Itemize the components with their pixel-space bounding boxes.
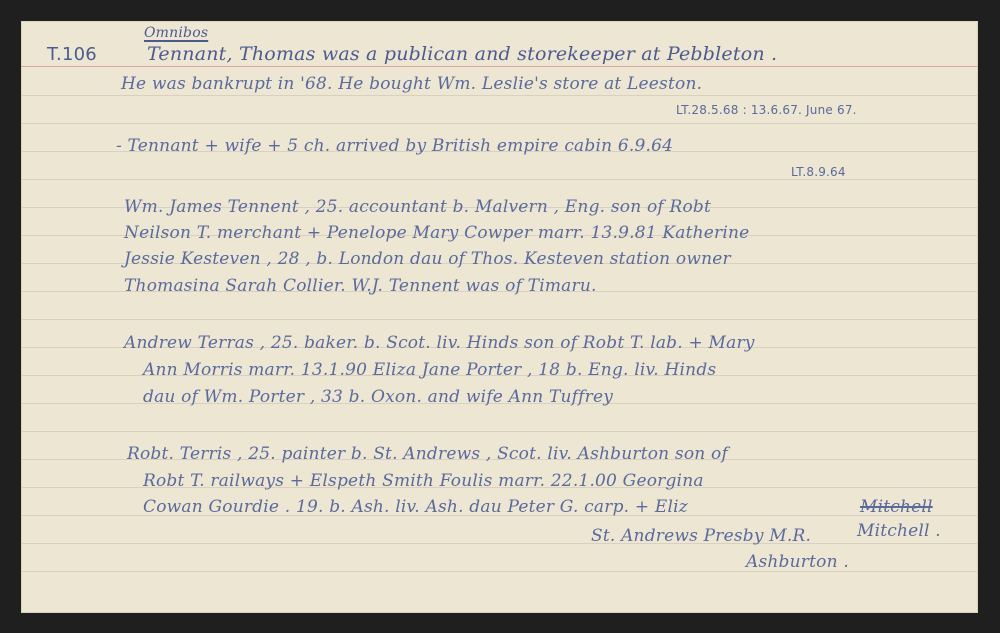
reference-note: LT.28.5.68 : 13.6.67. June 67.	[676, 103, 857, 117]
entry-line: Neilson T. merchant + Penelope Mary Cowp…	[124, 223, 749, 243]
ruled-line	[21, 319, 978, 320]
entry-line: - Tennant + wife + 5 ch. arrived by Brit…	[116, 136, 673, 156]
index-card: Omnibos T.106 Tennant, Thomas was a publ…	[21, 21, 978, 613]
entry-line: Robt T. railways + Elspeth Smith Foulis …	[143, 471, 704, 491]
entry-line: Thomasina Sarah Collier. W.J. Tennent wa…	[124, 276, 597, 296]
witness-line: Ashburton .	[746, 552, 849, 572]
witness-line: St. Andrews Presby M.R.	[591, 526, 811, 546]
entry-heading-line: Tennant, Thomas was a publican and store…	[147, 43, 777, 65]
entry-line: dau of Wm. Porter , 33 b. Oxon. and wife…	[143, 387, 613, 407]
entry-line: Robt. Terris , 25. painter b. St. Andrew…	[127, 444, 728, 464]
reference-note: LT.8.9.64	[791, 165, 846, 179]
struck-word: Mitchell	[860, 497, 933, 517]
entry-line: Wm. James Tennent , 25. accountant b. Ma…	[124, 197, 711, 217]
entry-line: Ann Morris marr. 13.1.90 Eliza Jane Port…	[143, 360, 716, 380]
ruled-line	[21, 123, 978, 124]
entry-line: Andrew Terras , 25. baker. b. Scot. liv.…	[124, 333, 755, 353]
ruled-line	[21, 543, 978, 544]
card-number: T.106	[47, 44, 97, 65]
ruled-line	[21, 95, 978, 96]
entry-line: He was bankrupt in '68. He bought Wm. Le…	[121, 74, 702, 94]
ruled-line	[21, 431, 978, 432]
correction-word: Mitchell .	[857, 521, 941, 541]
annotation-omnibos: Omnibos	[144, 25, 208, 41]
header-rule	[21, 66, 978, 67]
ruled-line	[21, 179, 978, 180]
entry-line: Cowan Gourdie . 19. b. Ash. liv. Ash. da…	[143, 497, 688, 517]
entry-line: Jessie Kesteven , 28 , b. London dau of …	[124, 249, 731, 269]
